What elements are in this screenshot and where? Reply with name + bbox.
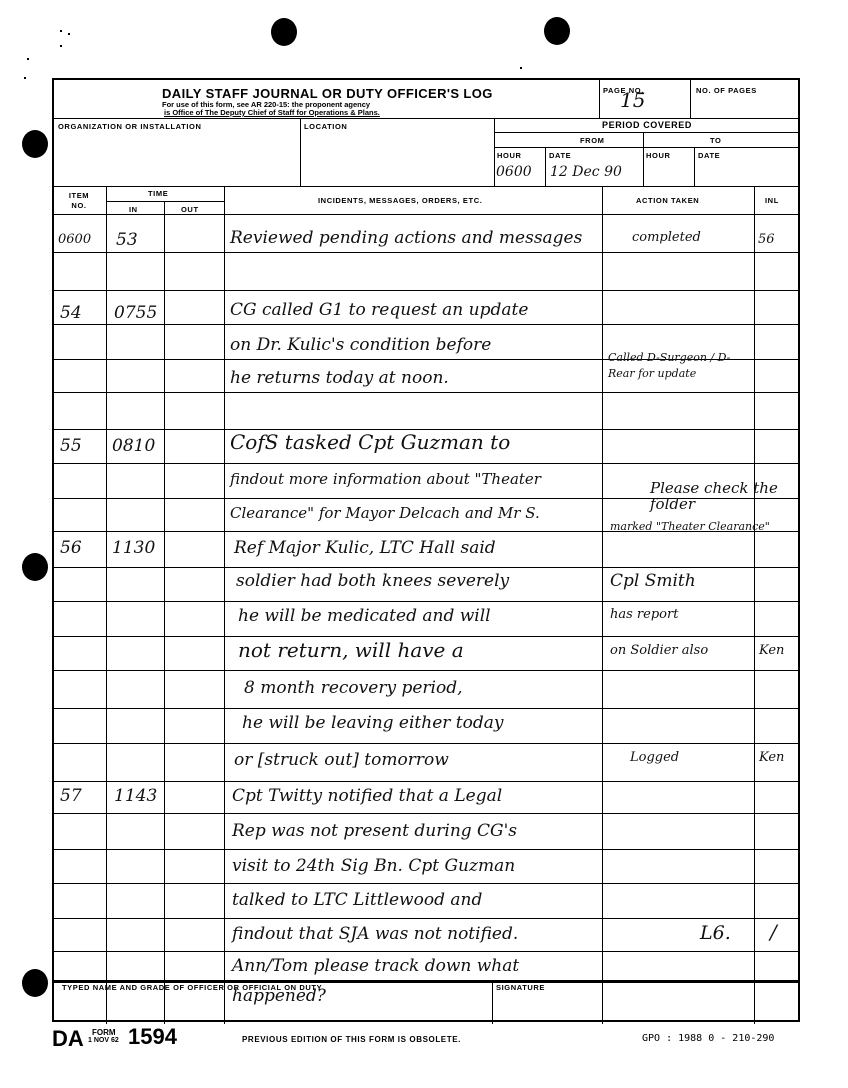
row-action-taken[interactable]: has report (610, 607, 678, 622)
row-incident-text[interactable]: visit to 24th Sig Bn. Cpt Guzman (232, 856, 515, 876)
punch-hole (22, 969, 48, 997)
row-incident-text[interactable]: he will be leaving either today (242, 713, 504, 733)
duty-officer-log-form: DAILY STAFF JOURNAL OR DUTY OFFICER'S LO… (52, 78, 800, 1022)
row-incident-text[interactable]: Rep was not present during CG's (232, 821, 517, 841)
row-action-taken[interactable]: L6. (700, 922, 731, 944)
row-incident-text[interactable]: findout more information about "Theater (230, 470, 541, 488)
punch-hole (271, 18, 297, 46)
from-hour-field[interactable]: 0600 (496, 164, 532, 180)
row-item[interactable]: 57 (60, 786, 82, 806)
row-item[interactable]: 54 (60, 303, 82, 323)
row-initials[interactable]: Ken (759, 750, 784, 765)
row-action-taken[interactable]: Called D-Surgeon / D-Rear for update (608, 350, 748, 382)
row-incident-text[interactable]: or [struck out] tomorrow (234, 750, 449, 770)
location-field[interactable] (304, 134, 490, 184)
scan-speck (24, 77, 26, 79)
row-incident-text[interactable]: Clearance" for Mayor Delcach and Mr S. (230, 504, 540, 522)
scan-speck (60, 45, 62, 47)
row-item[interactable]: 56 (60, 538, 82, 558)
row-incident-text[interactable]: he will be medicated and will (238, 606, 491, 626)
row-item[interactable]: 55 (60, 436, 82, 456)
typed-name-label: TYPED NAME AND GRADE OF OFFICER OR OFFIC… (62, 983, 322, 992)
signature-label: SIGNATURE (496, 983, 545, 992)
form-subtitle-2: is Office of The Deputy Chief of Staff f… (164, 108, 380, 117)
row-time-in[interactable]: 0755 (114, 303, 157, 323)
page-no-field[interactable]: 15 (620, 88, 645, 112)
row-incident-text[interactable]: Cpt Twitty notified that a Legal (232, 786, 502, 806)
row-action-taken[interactable]: on Soldier also (610, 643, 708, 658)
typed-name-field[interactable] (62, 995, 482, 1019)
row-initials[interactable]: 56 (758, 232, 775, 247)
row-incident-text[interactable]: Reviewed pending actions and messages (230, 228, 582, 248)
row-time-in[interactable]: 1130 (112, 538, 155, 558)
row-action-taken[interactable]: completed (632, 230, 701, 245)
from-date-field[interactable]: 12 Dec 90 (550, 164, 622, 180)
organization-label: ORGANIZATION OR INSTALLATION (58, 122, 201, 131)
row-incident-text[interactable]: not return, will have a (238, 638, 464, 662)
row-incident-text[interactable]: CG called G1 to request an update (230, 300, 528, 320)
punch-hole (22, 130, 48, 158)
to-date-field[interactable] (698, 162, 796, 182)
header-time: TIME (148, 189, 168, 198)
row-action-taken[interactable]: marked "Theater Clearance" (610, 520, 770, 533)
punch-hole (544, 17, 570, 45)
header-out: OUT (181, 205, 199, 214)
row-time-in[interactable]: 0810 (112, 436, 155, 456)
to-hour-label: HOUR (646, 151, 670, 160)
scan-speck (68, 33, 70, 35)
no-of-pages-field[interactable] (696, 98, 796, 116)
row-incident-text[interactable]: talked to LTC Littlewood and (232, 890, 482, 910)
header-item-no: ITEM NO. (66, 191, 92, 211)
from-label: FROM (580, 136, 604, 145)
from-hour-label: HOUR (497, 151, 521, 160)
to-date-label: DATE (698, 151, 720, 160)
previous-edition-note: PREVIOUS EDITION OF THIS FORM IS OBSOLET… (242, 1035, 461, 1044)
row-action-taken[interactable]: Please check the folder (650, 480, 790, 512)
row-incident-text[interactable]: he returns today at noon. (230, 368, 449, 388)
organization-field[interactable] (58, 134, 294, 184)
header-incidents: INCIDENTS, MESSAGES, ORDERS, ETC. (318, 196, 482, 205)
row-action-taken[interactable]: Cpl Smith (610, 571, 696, 591)
period-covered-label: PERIOD COVERED (602, 120, 692, 130)
row-incident-text[interactable]: Ref Major Kulic, LTC Hall said (234, 538, 496, 558)
form-word: FORM (92, 1028, 116, 1037)
row-item[interactable]: 0600 (58, 232, 91, 247)
scan-speck (520, 67, 522, 69)
row-time-in[interactable]: 1143 (114, 786, 157, 806)
gpo-code: GPO : 1988 0 - 210-290 (642, 1033, 774, 1044)
form-prefix: DA (52, 1026, 84, 1052)
header-inl: INL (765, 196, 779, 205)
row-incident-text[interactable]: findout that SJA was not notified. (232, 924, 518, 944)
signature-field[interactable] (496, 995, 794, 1019)
row-incident-text[interactable]: CofS tasked Cpt Guzman to (230, 430, 510, 454)
row-incident-text[interactable]: Ann/Tom please track down what (232, 956, 519, 976)
form-edition: 1 NOV 62 (88, 1037, 119, 1044)
scan-speck (27, 58, 29, 60)
form-number: 1594 (128, 1024, 177, 1050)
location-label: LOCATION (304, 122, 347, 131)
row-time-in[interactable]: 53 (116, 230, 138, 250)
punch-hole (22, 553, 48, 581)
from-date-label: DATE (549, 151, 571, 160)
row-initials[interactable]: / (770, 920, 777, 944)
to-hour-field[interactable] (646, 162, 690, 182)
to-label: TO (710, 136, 721, 145)
header-item-no-text: ITEM NO. (66, 191, 92, 211)
form-title: DAILY STAFF JOURNAL OR DUTY OFFICER'S LO… (162, 86, 493, 101)
row-incident-text[interactable]: soldier had both knees severely (236, 571, 509, 591)
row-incident-text[interactable]: 8 month recovery period, (244, 678, 462, 698)
header-in: IN (129, 205, 138, 214)
header-action-taken: ACTION TAKEN (636, 196, 699, 205)
row-initials[interactable]: Ken (759, 643, 784, 658)
scan-speck (60, 30, 62, 32)
row-incident-text[interactable]: on Dr. Kulic's condition before (230, 335, 491, 355)
no-of-pages-label: NO. OF PAGES (696, 86, 757, 95)
row-action-taken[interactable]: Logged (630, 750, 679, 765)
